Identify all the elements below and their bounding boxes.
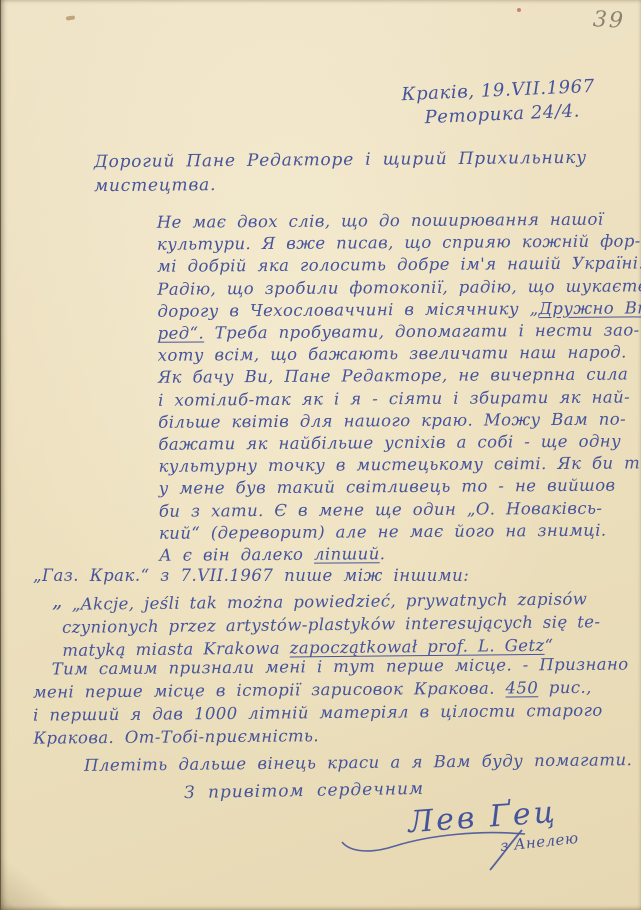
letter-line: А є він далеко ліпший.	[159, 541, 641, 567]
hanging-quote-mark: „	[52, 588, 62, 612]
letter-line: би з хати. Є в мене ще один „О. Новаківс…	[159, 497, 641, 523]
salutation-line: мистецтва.	[94, 170, 587, 198]
page-number: 39	[592, 7, 625, 34]
letter-body: Не має двох слів, що до поширювання нашо…	[157, 208, 641, 567]
address-line: Реторика 24/4.	[424, 100, 596, 128]
letter-heading: Краків, 19.VII.1967 Реторика 24/4.	[401, 76, 596, 129]
underlined-text: ред“.	[158, 323, 205, 342]
line-text: мені перше місце в історії зарисовок Кра…	[33, 679, 506, 702]
line-text: рис.,	[538, 678, 592, 697]
line-text: Треба пробувати, допомагати і нести зао-	[204, 320, 640, 342]
letter-line: мі добрій яка голосить добре ім'я нашій …	[157, 253, 641, 279]
closing-thanks: Плетіть дальше вінець краси а я Вам буду…	[84, 750, 632, 775]
line-text: .	[380, 544, 386, 563]
letter-line: у мене був такий світливець то - не вийш…	[159, 475, 641, 501]
letter-line: Радію, що зробили фотокопії, радію, що ш…	[157, 275, 641, 301]
page-corner-shadow	[0, 840, 120, 910]
letter-line: культурну точку в мистецькому світі. Як …	[158, 452, 641, 478]
underlined-text: 450	[505, 678, 538, 697]
gazette-quote: „Akcje, jeśli tak można powiedzieć, pryw…	[72, 587, 601, 662]
claims-paragraph: Тим самим признали мені і тут перше місц…	[52, 652, 630, 749]
closing-regards: З привітом сердечним	[184, 779, 424, 803]
salutation-line: Дорогий Пане Редакторе і щирий Прихильни…	[94, 146, 587, 174]
letter-line: Кракова. От-Тобі-приємність.	[33, 721, 629, 749]
salutation: Дорогий Пане Редакторе і щирий Прихильни…	[94, 146, 587, 198]
underlined-text: ліпший	[314, 544, 380, 563]
underlined-text: Дружно Впе-	[538, 298, 641, 318]
letter-line: і хотілиб-так як і я - сіяти і збирати я…	[158, 386, 641, 412]
letter-line: кий“ (дереворит) але не має його на зним…	[159, 519, 641, 545]
line-text: дорогу в Чехословаччині в місячнику „	[157, 299, 538, 321]
paper-speck	[517, 8, 521, 12]
paper-speck	[66, 15, 75, 20]
letter-line: Як бачу Ви, Пане Редакторе, не вичерпна …	[158, 364, 641, 390]
letter-page: 39 Краків, 19.VII.1967 Реторика 24/4. До…	[0, 0, 641, 910]
line-text: А є він далеко	[159, 545, 314, 565]
line-text: “	[544, 636, 553, 655]
gazette-intro: „Газ. Крак.“ з 7.VII.1967 пише між іншим…	[33, 566, 469, 585]
